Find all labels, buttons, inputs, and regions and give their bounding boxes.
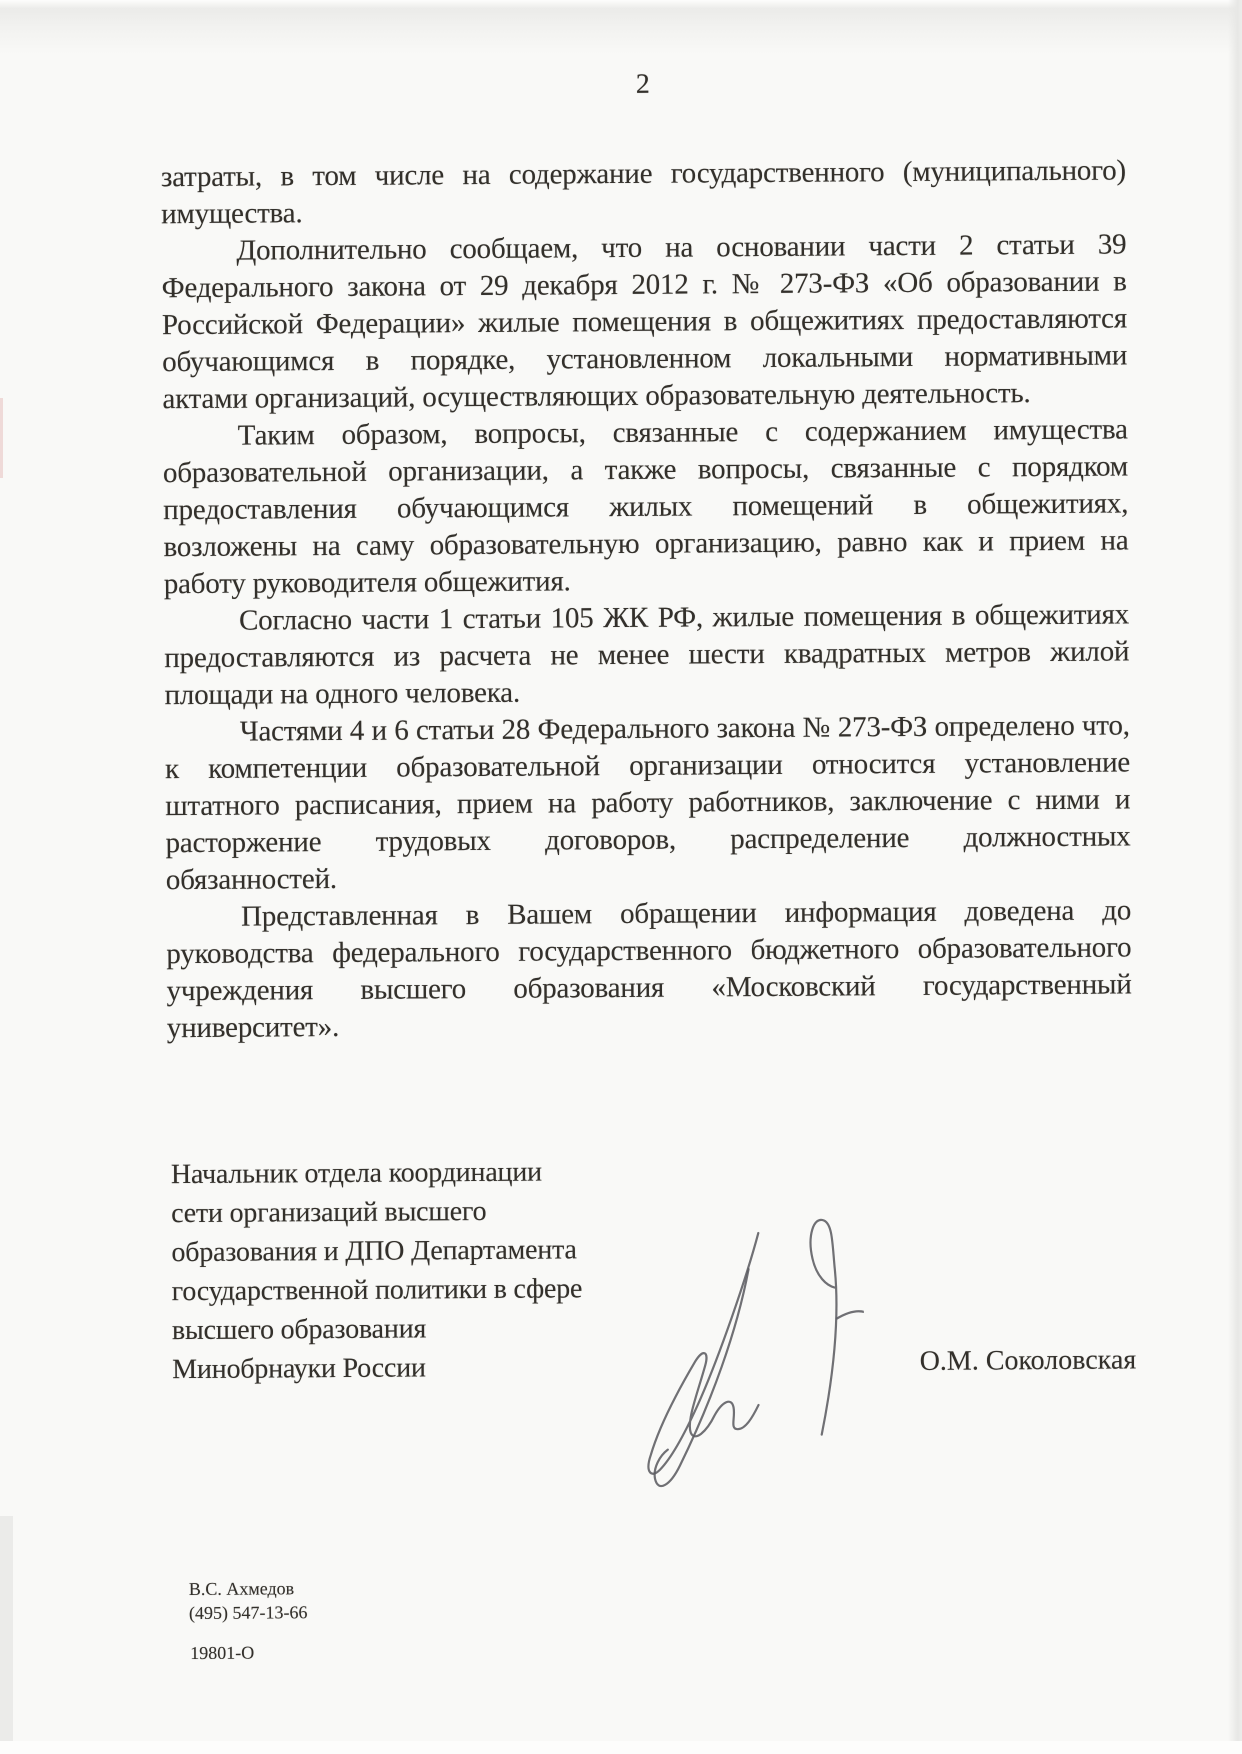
body-line: возложены на саму образовательную органи… (163, 522, 1128, 566)
executor-name: В.С. Ахмедов (189, 1576, 308, 1601)
reference-number: 19801-О (190, 1641, 254, 1665)
signer-name: О.М. Соколовская (804, 1344, 1136, 1378)
body-line: предоставляются из расчета не менее шест… (164, 633, 1129, 677)
scanned-letter-page: 2 затраты, в том числе на содержание гос… (0, 0, 1242, 1754)
body-line: учреждения высшего образования «Московск… (166, 966, 1131, 1010)
executor-phone: (495) 547-13-66 (189, 1600, 308, 1625)
signature-handwritten-icon (598, 1148, 866, 1530)
letter-body: затраты, в том числе на содержание госуд… (161, 152, 1132, 1047)
page-number: 2 (160, 66, 1125, 103)
body-line: университет». (167, 1003, 1132, 1047)
body-line: расторжение трудовых договоров, распреде… (165, 818, 1130, 862)
page-content: 2 затраты, в том числе на содержание гос… (0, 0, 1242, 1754)
body-line: затраты, в том числе на содержание госуд… (161, 152, 1126, 196)
executor-block: В.С. Ахмедов (495) 547-13-66 (189, 1576, 308, 1625)
